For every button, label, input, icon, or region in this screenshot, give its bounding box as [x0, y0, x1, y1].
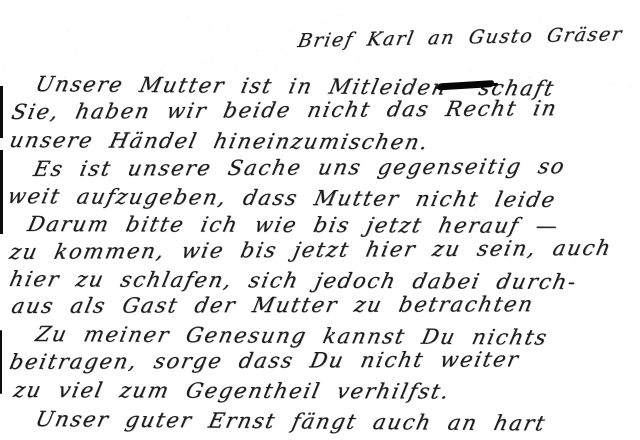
line-1-text-before-blot: Unsere Mutter ist in Mitleiden [33, 72, 450, 100]
handwriting-line-2: Sie, haben wir beide nicht das Recht in [10, 96, 560, 124]
handwriting-line-7: zu kommen, wie bis jetzt hier zu sein, a… [8, 236, 615, 264]
letter-heading: Brief Karl an Gusto Gräser [296, 23, 625, 52]
scanned-letter-page: Brief Karl an Gusto Gräser Unsere Mutter… [0, 0, 640, 440]
scan-edge-artifact [0, 330, 2, 394]
handwriting-line-3: unsere Händel hineinzumischen. [7, 128, 431, 154]
handwriting-line-8: hier zu schlafen, sich jedoch dabei durc… [7, 267, 579, 294]
handwriting-line-6: Darum bitte ich wie bis jetzt herauf — [25, 212, 561, 238]
scan-edge-artifact [0, 86, 3, 138]
handwriting-line-4: Es ist unsere Sache uns gegenseitig so [32, 154, 568, 181]
scan-edge-artifact [0, 150, 3, 234]
handwriting-line-13: Unser guter Ernst fängt auch an hart [33, 407, 548, 435]
handwriting-line-5: weit aufzugeben, dass Mutter nicht leide [5, 184, 558, 212]
handwriting-line-12: zu viel zum Gegentheil verhilfst. [11, 378, 452, 404]
handwriting-line-11: beitragen, sorge dass Du nicht weiter [8, 347, 522, 374]
handwriting-line-9: aus als Gast der Mutter zu betrachten [9, 292, 536, 318]
handwriting-line-10: Zu meiner Genesung kannst Du nichts [33, 322, 550, 350]
